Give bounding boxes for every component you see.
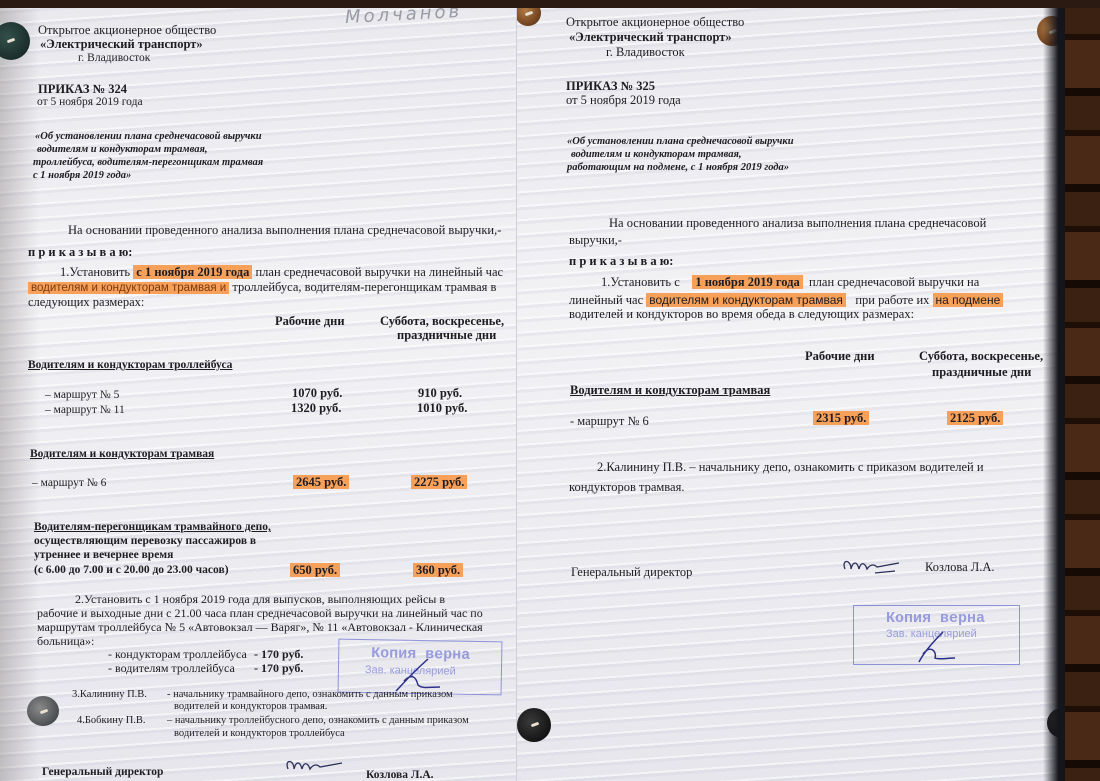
rate-working-highlighted: 2645 руб. bbox=[293, 475, 349, 489]
route-label: – маршрут № 5 bbox=[45, 388, 119, 402]
rate-value: - 170 руб. bbox=[254, 647, 303, 661]
org-brand: «Электрический транспорт» bbox=[40, 37, 203, 51]
col-header-working: Рабочие дни bbox=[275, 314, 345, 328]
col-header-weekend: Суббота, воскресенье, bbox=[380, 314, 504, 328]
item3-text: водителей и кондукторов трамвая. bbox=[174, 700, 327, 714]
pushpin-icon bbox=[1037, 16, 1065, 46]
pushpin-icon bbox=[27, 696, 59, 726]
item1-line2: линейный час водителям и кондукторам тра… bbox=[569, 293, 1003, 307]
section-subline: осуществляющим перевозку пассажиров в bbox=[34, 534, 256, 548]
order-subject-line: троллейбуса, водителям-перегонщикам трам… bbox=[33, 156, 263, 169]
section-subline: (с 6.00 до 7.00 и с 20.00 до 23.00 часов… bbox=[34, 563, 229, 577]
preamble: На основании проведенного анализа выполн… bbox=[609, 216, 986, 230]
order-title: ПРИКАЗ № 324 bbox=[38, 82, 127, 96]
rate-value: - 170 руб. bbox=[254, 661, 303, 675]
item2-line: 2.Установить с 1 ноября 2019 года для вы… bbox=[75, 592, 445, 606]
order-subject-line: работающим на подмене, с 1 ноября 2019 г… bbox=[567, 161, 789, 174]
order-word: п р и к а з ы в а ю: bbox=[569, 254, 673, 268]
preamble: На основании проведенного анализа выполн… bbox=[68, 223, 501, 237]
item4-text: водителей и кондукторов троллейбуса bbox=[174, 727, 345, 741]
rate-working-highlighted: 650 руб. bbox=[290, 563, 340, 577]
pushpin-icon bbox=[1047, 708, 1065, 738]
rate-weekend-highlighted: 2275 руб. bbox=[411, 475, 467, 489]
order-date: от 5 ноября 2019 года bbox=[566, 93, 681, 107]
col-header-working: Рабочие дни bbox=[805, 349, 875, 363]
col-header-weekend-2: праздничные дни bbox=[932, 365, 1031, 379]
rate-weekend: 1010 руб. bbox=[417, 401, 467, 415]
highlighted-recipients: водителям и кондукторам трамвая bbox=[646, 293, 846, 307]
director-signature bbox=[839, 555, 909, 579]
item1-line2: водителям и кондукторам трамвая и тролле… bbox=[28, 280, 496, 295]
rate-label: - кондукторам троллейбуса bbox=[108, 647, 247, 661]
item1-line1: 1.Установить с 1 ноября 2019 года план с… bbox=[601, 275, 979, 289]
org-brand: «Электрический транспорт» bbox=[569, 30, 732, 44]
item3-who: 3.Калинину П.В. bbox=[72, 688, 147, 702]
col-header-weekend-2: праздничные дни bbox=[397, 328, 496, 342]
signature-role: Генеральный директор bbox=[42, 765, 163, 779]
rate-weekend: 910 руб. bbox=[418, 386, 462, 400]
order-subject-line: «Об установлении плана среднечасовой выр… bbox=[567, 135, 794, 148]
rate-working: 1320 руб. bbox=[291, 401, 341, 415]
item1-line1: 1.Установить с 1 ноября 2019 года план с… bbox=[60, 265, 503, 279]
org-name: Открытое акционерное общество bbox=[566, 15, 744, 29]
rate-label: - водителям троллейбуса bbox=[108, 661, 235, 675]
pushpin-icon bbox=[0, 22, 30, 60]
signature-name: Козлова Л.А. bbox=[925, 560, 995, 574]
pushpin-icon bbox=[517, 708, 551, 742]
signature-name: Козлова Л.А. bbox=[366, 768, 434, 781]
order-date: от 5 ноября 2019 года bbox=[37, 95, 143, 109]
item2-line: 2.Калинину П.В. – начальнику депо, ознак… bbox=[597, 460, 984, 474]
order-325-sheet: Открытое акционерное общество «Электриче… bbox=[516, 0, 1065, 781]
item2-line: кондукторов трамвая. bbox=[569, 480, 684, 494]
item2-line: рабочие и выходные дни с 21.00 часа план… bbox=[37, 606, 483, 620]
order-subject-line: с 1 ноября 2019 года» bbox=[33, 169, 131, 182]
section-heading-trolleybus: Водителям и кондукторам троллейбуса bbox=[28, 358, 232, 372]
item2-line: маршрутам троллейбуса № 5 «Автовокзал — … bbox=[37, 620, 483, 634]
route-label: – маршрут № 6 bbox=[32, 476, 106, 490]
order-324-sheet: Молчанов Открытое акционерное общество «… bbox=[0, 0, 518, 781]
section-heading-depot-drivers: Водителям-перегонщикам трамвайного депо, bbox=[34, 520, 271, 534]
rate-weekend-highlighted: 2125 руб. bbox=[947, 411, 1003, 425]
order-subject-line: «Об установлении плана среднечасовой выр… bbox=[35, 130, 262, 143]
org-name: Открытое акционерное общество bbox=[38, 23, 216, 37]
director-signature bbox=[282, 755, 352, 779]
org-city: г. Владивосток bbox=[78, 51, 150, 65]
item1-line3: следующих размерах: bbox=[28, 295, 144, 309]
order-subject-line: водителям и кондукторам трамвая, bbox=[37, 143, 208, 156]
order-word: п р и к а з ы в а ю: bbox=[28, 245, 132, 259]
rate-weekend-highlighted: 360 руб. bbox=[413, 563, 463, 577]
org-city: г. Владивосток bbox=[606, 45, 685, 59]
item2-line: больница»: bbox=[37, 634, 94, 648]
board-top-edge bbox=[0, 0, 1100, 8]
stamp-signature bbox=[907, 630, 967, 666]
section-subline: утреннее и вечернее время bbox=[34, 548, 173, 562]
highlighted-recipients: водителям и кондукторам трамвая и bbox=[28, 282, 229, 294]
item4-text: – начальнику троллейбусного депо, ознако… bbox=[167, 714, 469, 728]
route-label: – маршрут № 11 bbox=[45, 403, 125, 417]
highlighted-date: 1 ноября 2019 года bbox=[692, 275, 802, 289]
section-heading-tram: Водителям и кондукторам трамвая bbox=[570, 383, 770, 397]
rate-working-highlighted: 2315 руб. bbox=[813, 411, 869, 425]
preamble: выручки,- bbox=[569, 233, 622, 247]
signature-role: Генеральный директор bbox=[571, 565, 692, 579]
order-title: ПРИКАЗ № 325 bbox=[566, 79, 655, 93]
item4-who: 4.Бобкину П.В. bbox=[77, 714, 146, 728]
highlighted-date: с 1 ноября 2019 года bbox=[133, 265, 252, 279]
route-label: - маршрут № 6 bbox=[570, 414, 649, 428]
highlighted-substitute: на подмене bbox=[933, 293, 1004, 307]
order-subject-line: водителям и кондукторам трамвая, bbox=[571, 148, 742, 161]
col-header-weekend: Суббота, воскресенье, bbox=[919, 349, 1043, 363]
item1-line3: водителей и кондукторов во время обеда в… bbox=[569, 307, 914, 321]
rate-working: 1070 руб. bbox=[292, 386, 342, 400]
section-heading-tram: Водителям и кондукторам трамвая bbox=[30, 447, 214, 461]
